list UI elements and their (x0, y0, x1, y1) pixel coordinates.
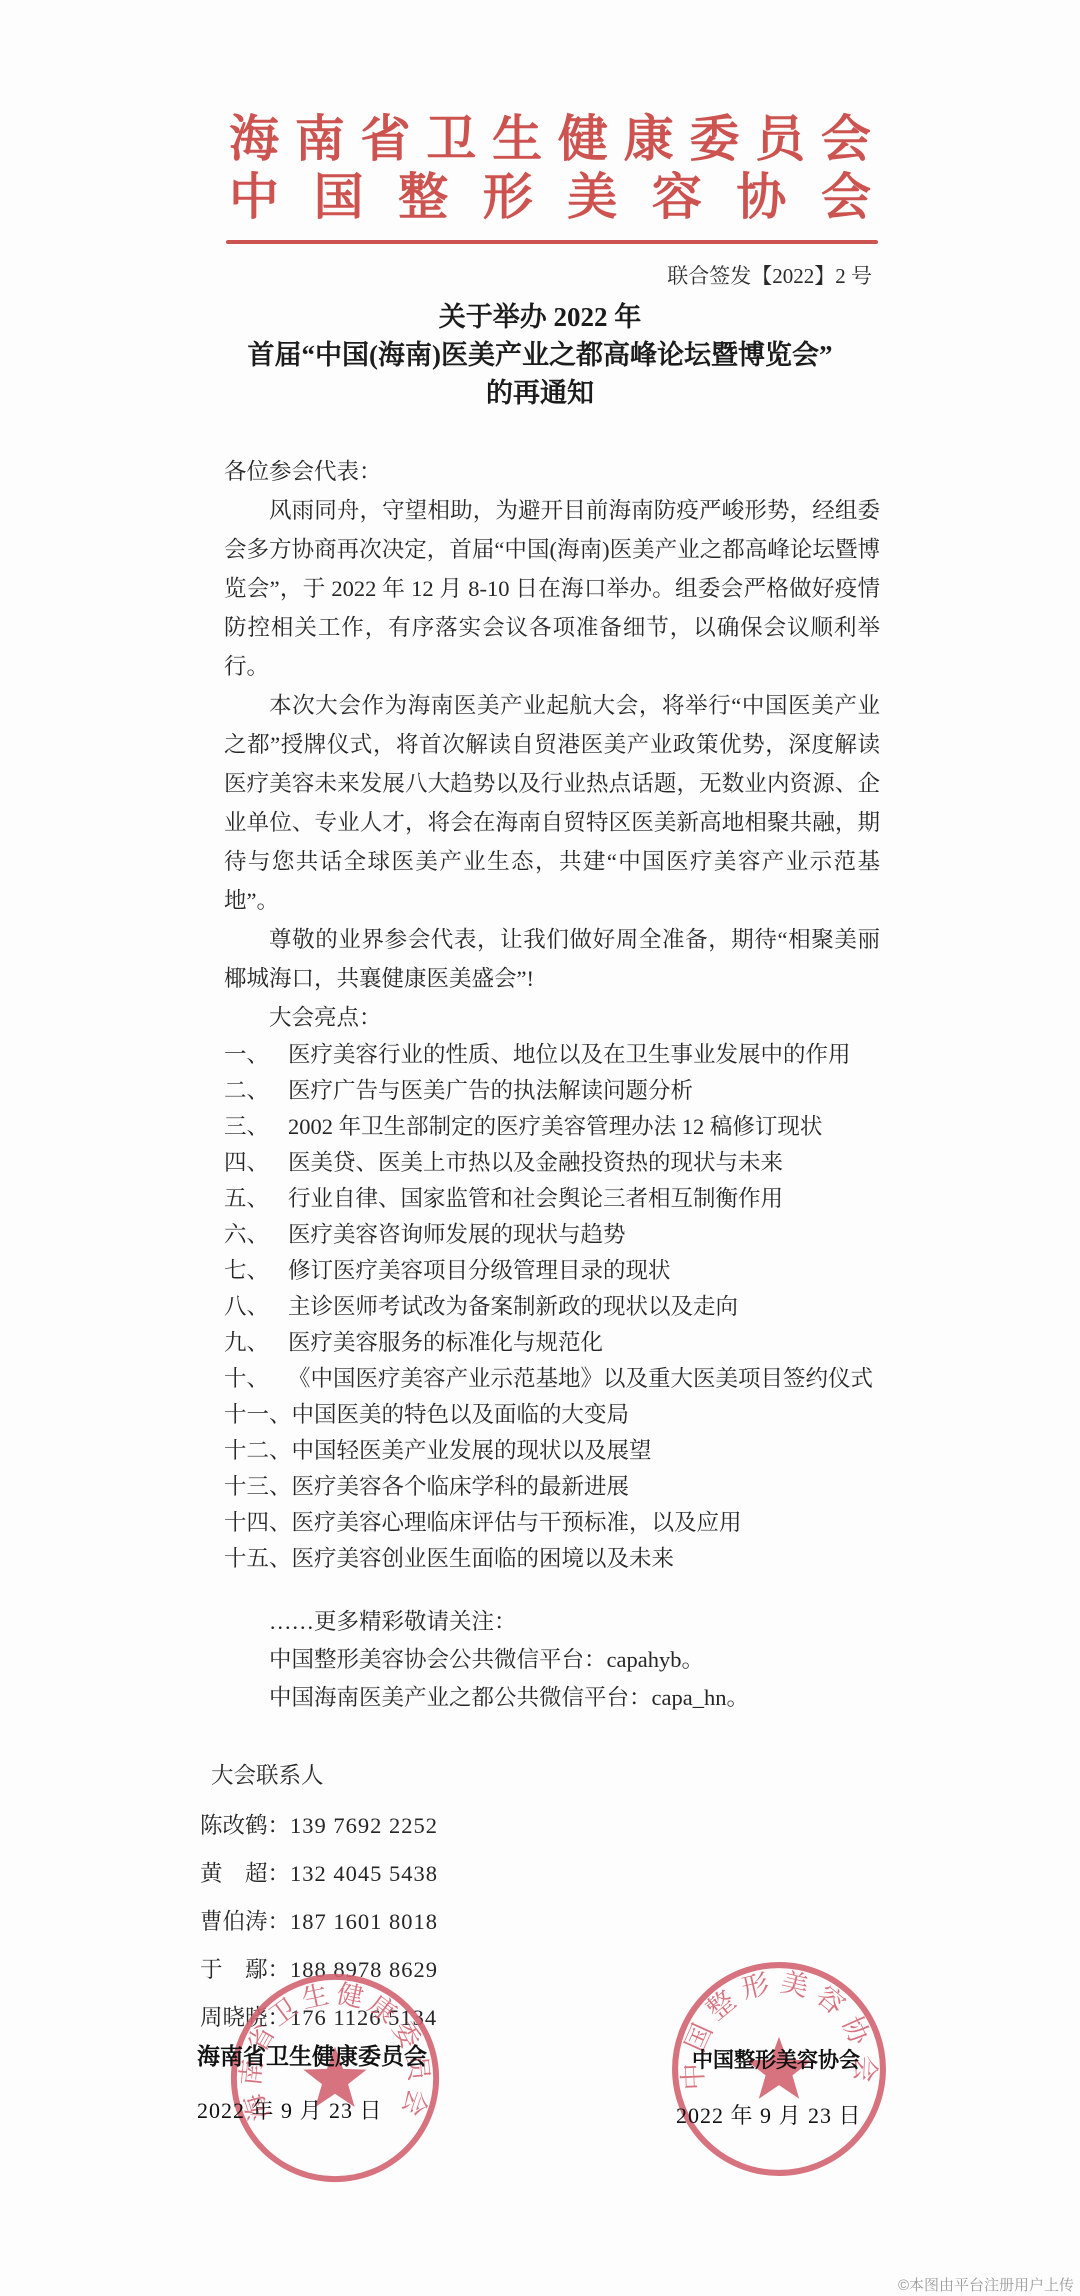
list-item-text: 医疗美容行业的性质、地位以及在卫生事业发展中的作用 (288, 1037, 880, 1073)
signature-org-right: 中国整形美容协会 (692, 2044, 860, 2074)
highlights-heading: 大会亮点： (224, 998, 880, 1037)
document-title: 关于举办 2022 年 首届“中国(海南)医美产业之都高峰论坛暨博览会” 的再通… (0, 298, 1080, 412)
list-item-text: 行业自律、国家监管和社会舆论三者相互制衡作用 (288, 1181, 880, 1217)
contact-row: 陈改鹤：139 7692 2252 (200, 1815, 1080, 1837)
list-item-number: 十三、 (224, 1469, 292, 1505)
list-item-number: 十、 (224, 1361, 288, 1397)
contact-name: 黄 超： (200, 1861, 290, 1886)
list-item-text: 2002 年卫生部制定的医疗美容管理办法 12 稿修订现状 (288, 1109, 880, 1145)
list-item: 十、《中国医疗美容产业示范基地》以及重大医美项目签约仪式 (224, 1361, 880, 1397)
list-item-text: 主诊医师考试改为备案制新政的现状以及走向 (288, 1289, 880, 1325)
title-line-1: 关于举办 2022 年 (0, 298, 1080, 336)
list-item-text: 中国轻医美产业发展的现状以及展望 (292, 1433, 880, 1469)
list-item-number: 十四、 (224, 1505, 292, 1541)
list-item-number: 一、 (224, 1037, 288, 1073)
paragraph-1: 风雨同舟，守望相助，为避开目前海南防疫严峻形势，经组委会多方协商再次决定，首届“… (224, 491, 880, 686)
list-item-number: 九、 (224, 1325, 288, 1361)
list-item-text: 医疗广告与医美广告的执法解读问题分析 (288, 1073, 880, 1109)
highlights-list: 一、医疗美容行业的性质、地位以及在卫生事业发展中的作用 二、医疗广告与医美广告的… (224, 1037, 880, 1577)
list-item: 四、医美贷、医美上市热以及金融投资热的现状与未来 (224, 1145, 880, 1181)
paragraph-3: 尊敬的业界参会代表，让我们做好周全准备，期待“相聚美丽椰城海口，共襄健康医美盛会… (224, 920, 880, 998)
document-page: 海南省卫生健康委员会 中国整形美容协会 联合签发【2022】2 号 关于举办 2… (0, 0, 1080, 2296)
list-item-number: 八、 (224, 1289, 288, 1325)
list-item-text: 中国医美的特色以及面临的大变局 (292, 1397, 880, 1433)
doc-number: 联合签发【2022】2 号 (0, 262, 872, 290)
signatures-section: 海南省卫生健康委员会 中国整形美容协会 海南省卫生健康委员会 2022 年 9 … (0, 1958, 1080, 2296)
list-item: 六、医疗美容咨询师发展的现状与趋势 (224, 1217, 880, 1253)
list-item: 三、2002 年卫生部制定的医疗美容管理办法 12 稿修订现状 (224, 1109, 880, 1145)
contact-row: 黄 超：132 4045 5438 (200, 1863, 1080, 1885)
letterhead: 海南省卫生健康委员会 中国整形美容协会 联合签发【2022】2 号 (0, 0, 1080, 290)
list-item: 二、医疗广告与医美广告的执法解读问题分析 (224, 1073, 880, 1109)
list-item-number: 二、 (224, 1073, 288, 1109)
list-item-text: 医疗美容各个临床学科的最新进展 (292, 1469, 880, 1505)
official-seal-left: 海南省卫生健康委员会 (227, 1970, 443, 2186)
list-item: 一、医疗美容行业的性质、地位以及在卫生事业发展中的作用 (224, 1037, 880, 1073)
list-item-text: 医疗美容服务的标准化与规范化 (288, 1325, 880, 1361)
wechat-platform-1: 中国整形美容协会公共微信平台：capahyb。 (224, 1641, 880, 1679)
list-item: 七、修订医疗美容项目分级管理目录的现状 (224, 1253, 880, 1289)
list-item-number: 十二、 (224, 1433, 292, 1469)
list-item: 十三、医疗美容各个临床学科的最新进展 (224, 1469, 880, 1505)
list-item-text: 修订医疗美容项目分级管理目录的现状 (288, 1253, 880, 1289)
follow-section: ……更多精彩敬请关注： 中国整形美容协会公共微信平台：capahyb。 中国海南… (224, 1603, 880, 1717)
list-item: 五、行业自律、国家监管和社会舆论三者相互制衡作用 (224, 1181, 880, 1217)
list-item-number: 七、 (224, 1253, 288, 1289)
list-item-number: 六、 (224, 1217, 288, 1253)
title-line-3: 的再通知 (0, 374, 1080, 412)
list-item-text: 医疗美容咨询师发展的现状与趋势 (288, 1217, 880, 1253)
letterhead-org-line-2: 中国整形美容协会 (229, 168, 871, 226)
platform-watermark: ©本图由平台注册用户上传 (898, 2274, 1074, 2295)
list-item-text: 《中国医疗美容产业示范基地》以及重大医美项目签约仪式 (288, 1361, 880, 1397)
list-item: 十二、中国轻医美产业发展的现状以及展望 (224, 1433, 880, 1469)
title-line-2: 首届“中国(海南)医美产业之都高峰论坛暨博览会” (0, 336, 1080, 374)
contact-phone: 139 7692 2252 (290, 1813, 438, 1838)
letterhead-divider (226, 240, 878, 244)
list-item-number: 五、 (224, 1181, 288, 1217)
list-item-number: 三、 (224, 1109, 288, 1145)
contact-name: 陈改鹤： (200, 1813, 290, 1838)
wechat-platform-2: 中国海南医美产业之都公共微信平台：capa_hn。 (224, 1679, 880, 1717)
list-item-text: 医疗美容创业医生面临的困境以及未来 (292, 1541, 880, 1577)
signature-date-left: 2022 年 9 月 23 日 (197, 2094, 383, 2125)
list-item-text: 医疗美容心理临床评估与干预标准，以及应用 (292, 1505, 880, 1541)
list-item-number: 十一、 (224, 1397, 292, 1433)
list-item: 八、主诊医师考试改为备案制新政的现状以及走向 (224, 1289, 880, 1325)
list-item: 十五、医疗美容创业医生面临的困境以及未来 (224, 1541, 880, 1577)
contacts-heading: 大会联系人 (211, 1763, 1080, 1789)
contact-row: 曹伯涛：187 1601 8018 (200, 1911, 1080, 1933)
contact-name: 曹伯涛： (200, 1909, 290, 1934)
list-item-number: 十五、 (224, 1541, 292, 1577)
list-item: 十一、中国医美的特色以及面临的大变局 (224, 1397, 880, 1433)
list-item-text: 医美贷、医美上市热以及金融投资热的现状与未来 (288, 1145, 880, 1181)
document-body: 各位参会代表： 风雨同舟，守望相助，为避开目前海南防疫严峻形势，经组委会多方协商… (224, 452, 880, 1717)
list-item-number: 四、 (224, 1145, 288, 1181)
signature-date-right: 2022 年 9 月 23 日 (676, 2099, 862, 2130)
signature-org-left: 海南省卫生健康委员会 (197, 2038, 427, 2071)
salutation: 各位参会代表： (224, 452, 880, 491)
list-item: 十四、医疗美容心理临床评估与干预标准，以及应用 (224, 1505, 880, 1541)
contact-phone: 187 1601 8018 (290, 1909, 438, 1934)
follow-note: ……更多精彩敬请关注： (224, 1603, 880, 1641)
paragraph-2: 本次大会作为海南医美产业起航大会，将举行“中国医美产业之都”授牌仪式，将首次解读… (224, 686, 880, 920)
contact-phone: 132 4045 5438 (290, 1861, 438, 1886)
list-item: 九、医疗美容服务的标准化与规范化 (224, 1325, 880, 1361)
letterhead-org-line-1: 海南省卫生健康委员会 (229, 110, 871, 168)
